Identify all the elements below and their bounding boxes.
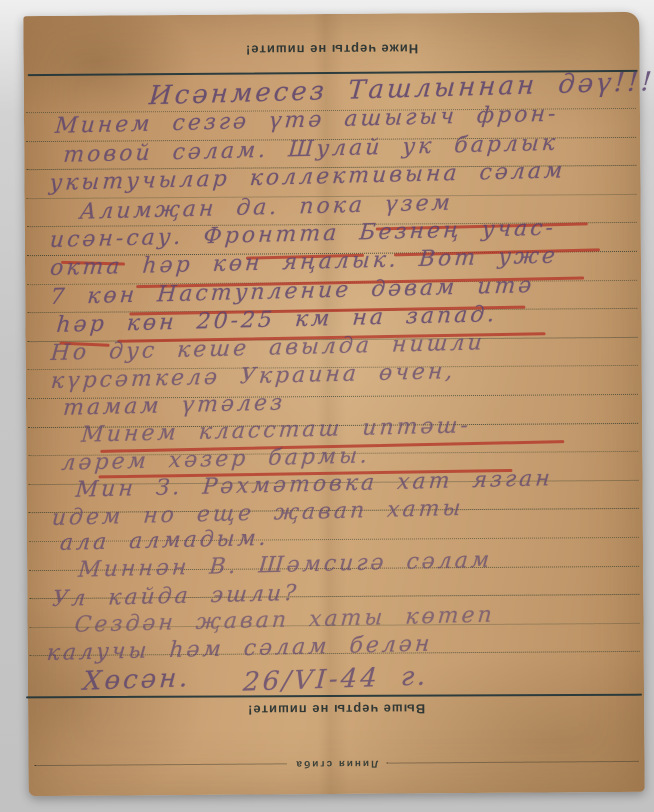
fold-dots-left xyxy=(35,763,287,766)
letter-paper: Ниже черты не пишите! Исәнмесез Ташлынна… xyxy=(23,12,644,796)
handwriting-line: Хөсән. xyxy=(82,663,192,697)
handwriting-line: ала алмадым. xyxy=(59,526,270,556)
handwriting-line: тамам үтәлез xyxy=(62,390,286,420)
censor-marks-layer xyxy=(23,12,639,16)
printed-warning-bottom: Выше черты не пишите! xyxy=(28,700,644,719)
handwriting-line: 26/VI-44 г. xyxy=(242,661,429,697)
handwriting-layer: Исәнмесез Ташлыннан дәү!!!Минем сезгә үт… xyxy=(23,12,639,16)
fold-line: Линия сгиба xyxy=(34,756,638,771)
scanned-letter: Ниже черты не пишите! Исәнмесез Ташлынна… xyxy=(0,0,654,812)
fold-line-label: Линия сгиба xyxy=(295,758,379,770)
fold-dots-right xyxy=(386,761,638,764)
ruled-lines-layer xyxy=(23,12,639,16)
printed-warning-top: Ниже черты не пишите! xyxy=(23,40,639,59)
